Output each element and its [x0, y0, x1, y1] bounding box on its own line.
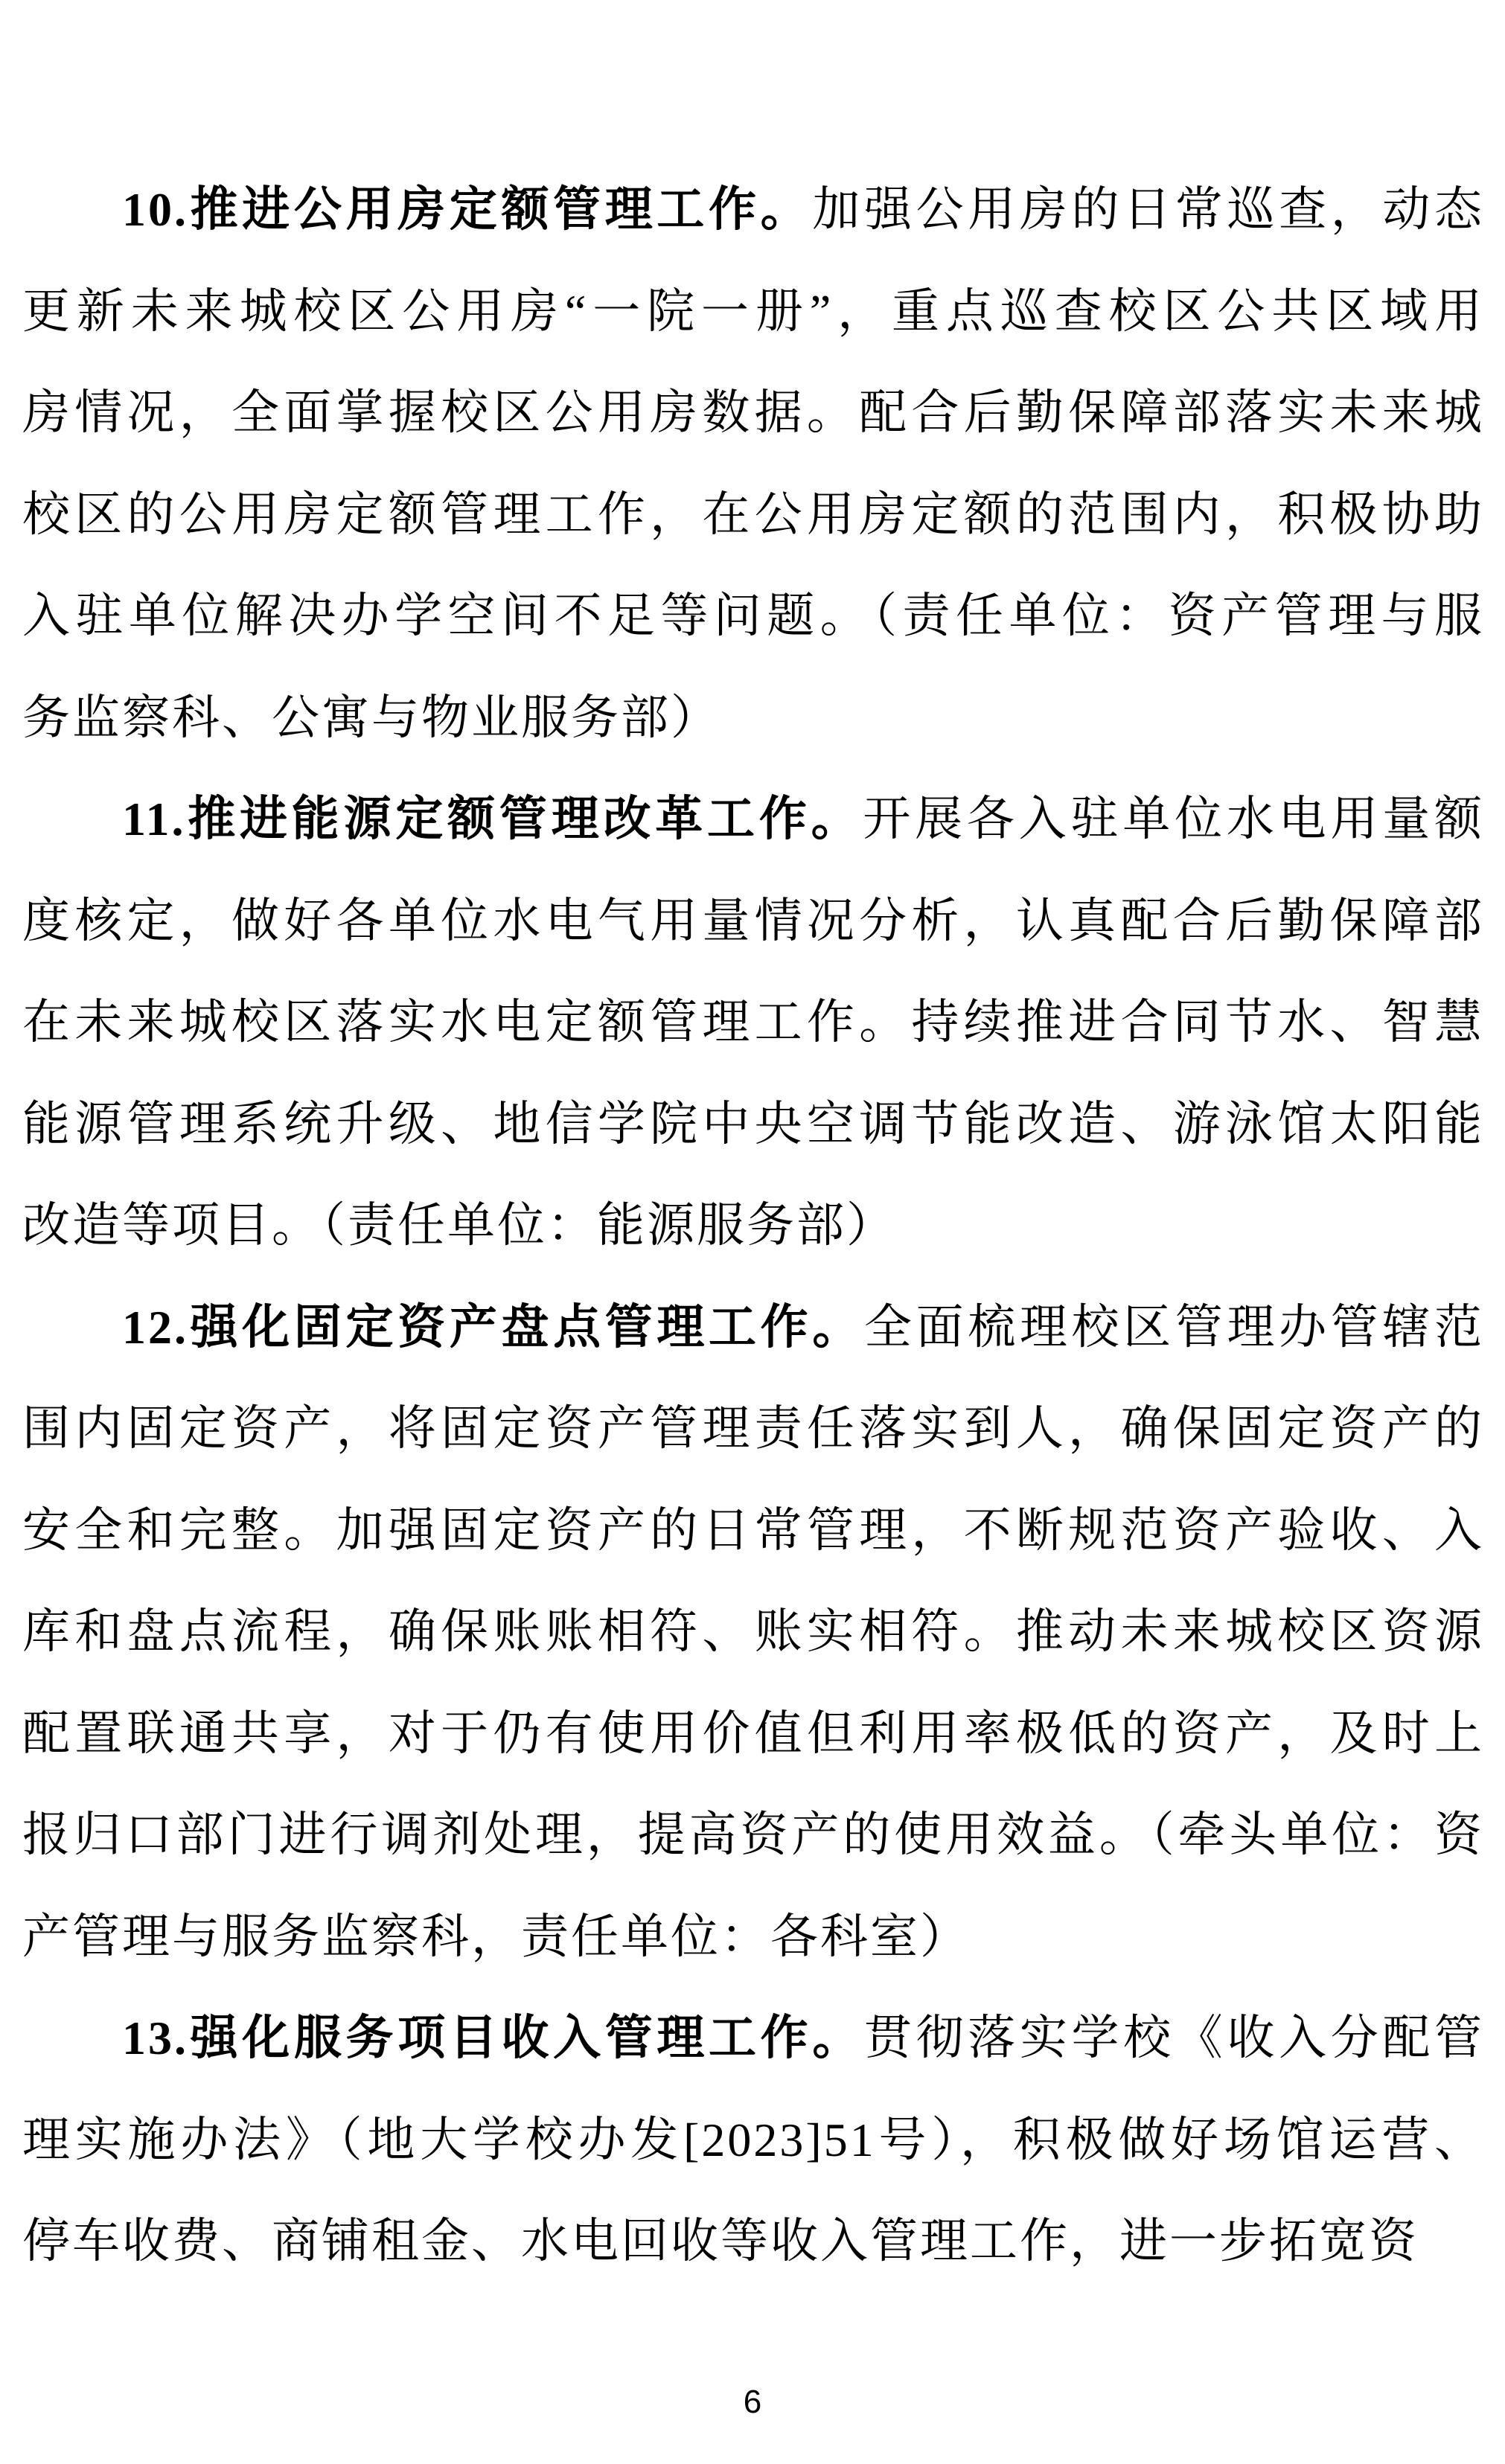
paragraph-text: 理实施办法》（地大学校办发[2023]51号），积极做好场馆运营、: [22, 2113, 1484, 2166]
paragraph-text: 更新未来城校区公用房“一院一册”，重点巡查校区公共区域用: [22, 285, 1484, 338]
paragraph-text: 围内固定资产，将固定资产管理责任落实到人，确保固定资产的: [22, 1402, 1484, 1455]
paragraph-text: 房情况，全面掌握校区公用房数据。配合后勤保障部落实未来城: [22, 386, 1484, 439]
text-line: 配置联通共享，对于仍有使用价值但利用率极低的资产，及时上: [22, 1683, 1484, 1785]
text-line: 围内固定资产，将固定资产管理责任落实到人，确保固定资产的: [22, 1378, 1484, 1480]
document-page: 10.推进公用房定额管理工作。加强公用房的日常巡查，动态更新未来城校区公用房“一…: [0, 0, 1505, 2464]
paragraph-text: 务监察科、公寓与物业服务部）: [22, 691, 720, 744]
page-number: 6: [744, 2384, 761, 2420]
paragraph-text: 校区的公用房定额管理工作，在公用房定额的范围内，积极协助: [22, 488, 1484, 541]
paragraph-number-heading: 13.强化服务项目收入管理工作。: [122, 2012, 864, 2064]
paragraph-number-heading: 11.推进能源定额管理改革工作。: [122, 793, 863, 845]
paragraph-text: 全面梳理校区管理办管辖范: [864, 1301, 1484, 1354]
text-line: 务监察科、公寓与物业服务部）: [22, 668, 1484, 769]
text-line: 能源管理系统升级、地信学院中央空调节能改造、游泳馆太阳能: [22, 1074, 1484, 1176]
paragraph-number-heading: 10.推进公用房定额管理工作。: [122, 183, 812, 236]
text-line: 12.强化固定资产盘点管理工作。全面梳理校区管理办管辖范: [22, 1277, 1484, 1379]
paragraph-text: 产管理与服务监察科，责任单位：各科室）: [22, 1910, 970, 1963]
paragraph-text: 在未来城校区落实水电定额管理工作。持续推进合同节水、智慧: [22, 996, 1484, 1049]
paragraph-text: 配置联通共享，对于仍有使用价值但利用率极低的资产，及时上: [22, 1707, 1484, 1760]
paragraph: 13.强化服务项目收入管理工作。贯彻落实学校《收入分配管理实施办法》（地大学校办…: [22, 1988, 1484, 2293]
text-line: 产管理与服务监察科，责任单位：各科室）: [22, 1887, 1484, 1988]
text-line: 在未来城校区落实水电定额管理工作。持续推进合同节水、智慧: [22, 972, 1484, 1074]
paragraph-text: 停车收费、商铺租金、水电回收等收入管理工作，进一步拓宽资: [22, 2215, 1419, 2268]
text-line: 11.推进能源定额管理改革工作。开展各入驻单位水电用量额: [22, 769, 1484, 871]
paragraph-text: 贯彻落实学校《收入分配管: [864, 2012, 1484, 2064]
document-body: 10.推进公用房定额管理工作。加强公用房的日常巡查，动态更新未来城校区公用房“一…: [22, 159, 1484, 2293]
paragraph-text: 能源管理系统升级、地信学院中央空调节能改造、游泳馆太阳能: [22, 1098, 1484, 1151]
text-line: 安全和完整。加强固定资产的日常管理，不断规范资产验收、入: [22, 1480, 1484, 1582]
paragraph-number-heading: 12.强化固定资产盘点管理工作。: [122, 1301, 864, 1354]
text-line: 库和盘点流程，确保账账相符、账实相符。推动未来城校区资源: [22, 1581, 1484, 1683]
paragraph-text: 开展各入驻单位水电用量额: [863, 793, 1484, 845]
paragraph-text: 报归口部门进行调剂处理，提高资产的使用效益。（牵头单位：资: [22, 1808, 1484, 1861]
page-footer: 6: [0, 2380, 1505, 2425]
text-line: 停车收费、商铺租金、水电回收等收入管理工作，进一步拓宽资: [22, 2191, 1484, 2293]
paragraph-text: 加强公用房的日常巡查，动态: [812, 183, 1484, 236]
text-line: 更新未来城校区公用房“一院一册”，重点巡查校区公共区域用: [22, 261, 1484, 363]
text-line: 改造等项目。（责任单位：能源服务部）: [22, 1175, 1484, 1277]
text-line: 度核定，做好各单位水电气用量情况分析，认真配合后勤保障部: [22, 871, 1484, 973]
paragraph-text: 改造等项目。（责任单位：能源服务部）: [22, 1199, 896, 1252]
paragraph-text: 库和盘点流程，确保账账相符、账实相符。推动未来城校区资源: [22, 1605, 1484, 1658]
text-line: 10.推进公用房定额管理工作。加强公用房的日常巡查，动态: [22, 159, 1484, 261]
paragraph: 11.推进能源定额管理改革工作。开展各入驻单位水电用量额度核定，做好各单位水电气…: [22, 769, 1484, 1277]
text-line: 校区的公用房定额管理工作，在公用房定额的范围内，积极协助: [22, 464, 1484, 566]
text-line: 理实施办法》（地大学校办发[2023]51号），积极做好场馆运营、: [22, 2090, 1484, 2192]
paragraph-text: 度核定，做好各单位水电气用量情况分析，认真配合后勤保障部: [22, 895, 1484, 947]
text-line: 入驻单位解决办学空间不足等问题。（责任单位：资产管理与服: [22, 566, 1484, 668]
paragraph-text: 入驻单位解决办学空间不足等问题。（责任单位：资产管理与服: [22, 589, 1484, 642]
paragraph: 12.强化固定资产盘点管理工作。全面梳理校区管理办管辖范围内固定资产，将固定资产…: [22, 1277, 1484, 1988]
text-line: 13.强化服务项目收入管理工作。贯彻落实学校《收入分配管: [22, 1988, 1484, 2090]
text-line: 报归口部门进行调剂处理，提高资产的使用效益。（牵头单位：资: [22, 1785, 1484, 1887]
paragraph-text: 安全和完整。加强固定资产的日常管理，不断规范资产验收、入: [22, 1504, 1484, 1557]
paragraph: 10.推进公用房定额管理工作。加强公用房的日常巡查，动态更新未来城校区公用房“一…: [22, 159, 1484, 769]
text-line: 房情况，全面掌握校区公用房数据。配合后勤保障部落实未来城: [22, 362, 1484, 464]
